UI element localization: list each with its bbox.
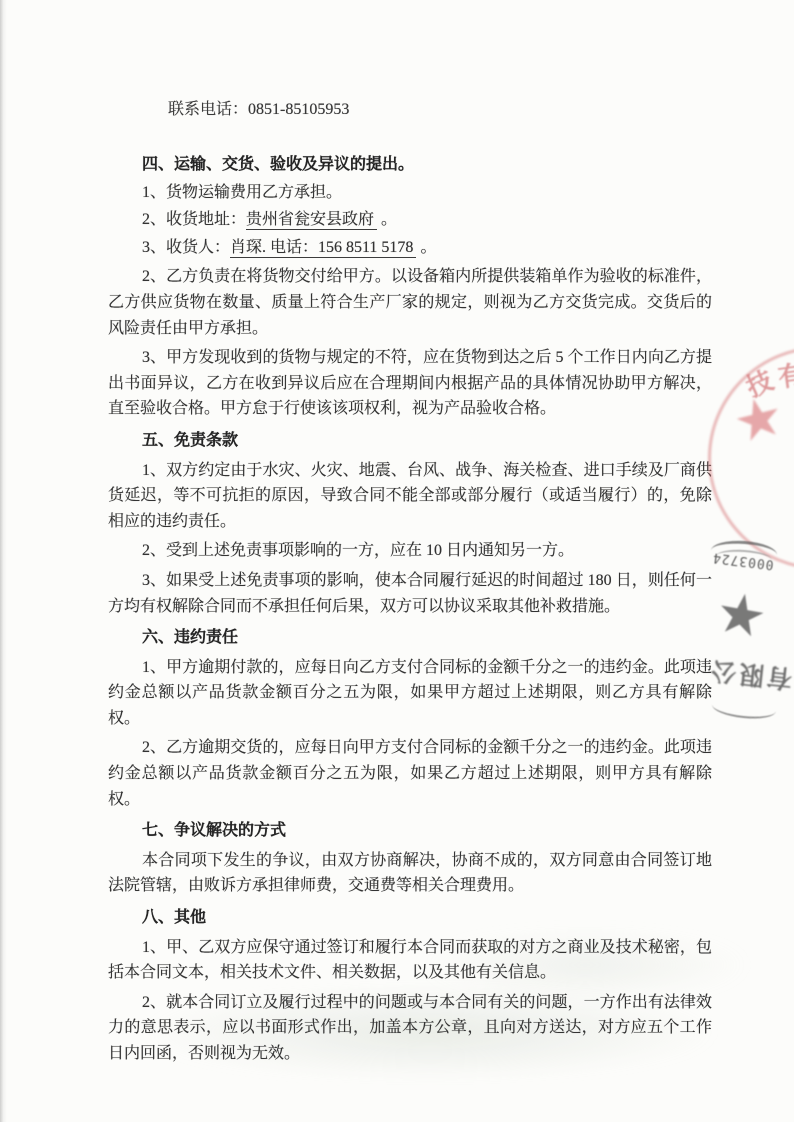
contract-heading: 六、违约责任 (108, 625, 712, 651)
contract-paragraph: 本合同项下发生的争议，由双方协商解决，协商不成的，双方同意由合同签订地法院管辖，… (108, 848, 712, 899)
item-prefix: 2、收货地址： (142, 211, 246, 228)
contract-paragraph: 2、就本合同订立及履行过程中的问题或与本合同有关的问题，一方作出有法律效力的意思… (108, 990, 712, 1067)
item-suffix: 。 (416, 239, 436, 256)
contract-heading: 八、其他 (108, 905, 712, 931)
contact-phone-line: 联系电话：0851-85105953 (168, 96, 349, 119)
underlined-value: 肖琛. 电话：156 8511 5178 (230, 239, 416, 258)
contract-item: 3、收货人：肖琛. 电话：156 8511 5178 。 (108, 235, 712, 261)
item-prefix: 3、收货人： (142, 239, 230, 256)
contract-item: 1、货物运输费用乙方承担。 (108, 180, 712, 206)
bleed-seal-characters: 有限公 (706, 654, 793, 699)
contract-heading: 五、免责条款 (108, 428, 712, 454)
contract-paragraph: 2、乙方负责在将货物交付给甲方。以设备箱内所提供装箱单作为验收的标准件，乙方供应… (108, 264, 712, 341)
bleed-seal-star-icon: ★ (712, 584, 771, 648)
scan-edge-shadow (0, 0, 7, 1122)
contract-paragraph: 3、甲方发现收到的货物与规定的不符，应在货物到达之后 5 个工作日内向乙方提出书… (108, 345, 712, 422)
contract-body: 四、运输、交货、验收及异议的提出。1、货物运输费用乙方承担。2、收货地址：贵州省… (108, 146, 712, 1067)
contract-heading: 四、运输、交货、验收及异议的提出。 (108, 152, 712, 178)
contract-paragraph: 1、双方约定由于水灾、火灾、地震、台风、战争、海关检查、进口手续及厂商供货延迟，… (108, 458, 712, 535)
contract-paragraph: 3、如果受上述免责事项的影响，使本合同履行延迟的时间超过 180 日，则任何一方… (108, 568, 712, 619)
contract-heading: 七、争议解决的方式 (108, 818, 712, 844)
contract-paragraph: 1、甲、乙双方应保守通过签订和履行本合同而获取的对方之商业及技术秘密，包括本合同… (108, 935, 712, 986)
underlined-value: 贵州省瓮安县政府 (246, 211, 377, 230)
item-suffix: 。 (377, 211, 397, 228)
contract-paragraph: 2、乙方逾期交货的，应每日向甲方支付合同标的金额千分之一的违约金。此项违约金总额… (108, 735, 712, 812)
contract-paragraph: 1、甲方逾期付款的，应每日向乙方支付合同标的金额千分之一的违约金。此项违约金总额… (108, 655, 712, 732)
contract-item: 2、收货地址：贵州省瓮安县政府 。 (108, 207, 712, 233)
contract-paragraph: 2、受到上述免责事项影响的一方，应在 10 日内通知另一方。 (108, 538, 712, 564)
bleed-seal-arc (711, 695, 777, 722)
